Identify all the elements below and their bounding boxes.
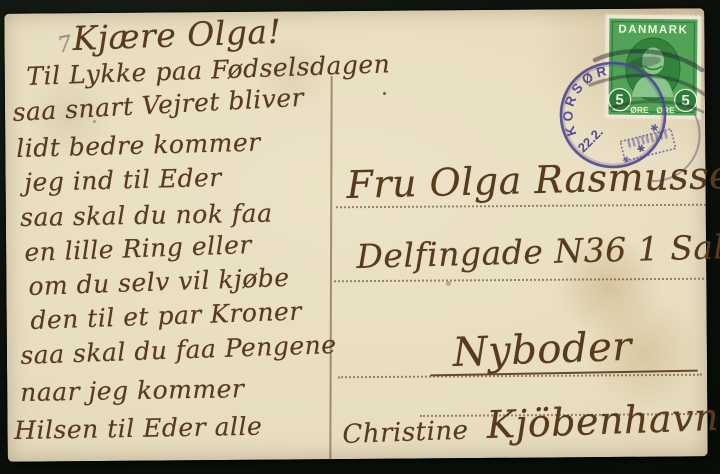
message-line: Kjære Olga! xyxy=(72,15,282,55)
paper-speck xyxy=(383,92,386,95)
address-district: Nyboder xyxy=(452,327,632,373)
cds-circle-group: KORSØR 22.2. ✱ ✱ ✱ xyxy=(540,41,687,188)
svg-text:KORSØR: KORSØR xyxy=(541,54,629,142)
cancel-ink-strokes xyxy=(590,51,705,112)
postcard-photo: 7 Kjære Olga! Til Lykke paa Fødselsdagen… xyxy=(0,0,720,474)
message-line: lidt bedre kommer xyxy=(16,130,261,161)
message-line: naar jeg kommer xyxy=(20,376,245,405)
message-line: saa skal du nok faa xyxy=(20,201,273,230)
second-strike-arc xyxy=(652,115,700,181)
postmark-date: 22.2. xyxy=(575,124,606,155)
address-street: Delfingade N36 1 Sal xyxy=(356,230,720,273)
message-line: Hilsen til Eder alle xyxy=(14,414,262,443)
postmark: KORSØR 22.2. ✱ ✱ ✱ xyxy=(540,40,720,200)
postmark-town-label: KORSØR xyxy=(541,54,629,142)
signature: Christine xyxy=(342,418,469,448)
message-line: jeg ind til Eder xyxy=(24,165,222,195)
address-city: Kjöbenhavn xyxy=(486,398,720,444)
message-line: en lille Ring eller xyxy=(24,232,252,265)
stamp-country-label: DANMARK xyxy=(618,24,688,37)
pencil-note: 7 xyxy=(56,33,74,57)
